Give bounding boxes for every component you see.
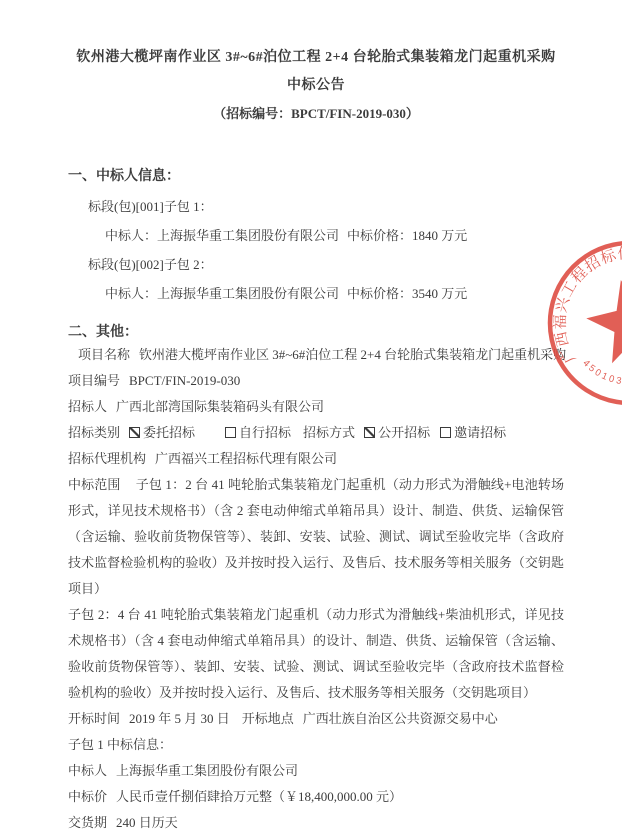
project-name-value: 钦州港大榄坪南作业区 3#~6#泊位工程 2+4 台轮胎式集装箱龙门起重机采购 bbox=[139, 347, 566, 362]
lot2-label: 标段(包)[002]子包 2： bbox=[68, 257, 564, 273]
document-title-line2: 中标公告 bbox=[68, 78, 564, 94]
category-option-entrusted-label: 委托招标 bbox=[143, 425, 195, 440]
lot1-label: 标段(包)[001]子包 1： bbox=[68, 199, 564, 215]
scope-paragraph-sub1: 中标范围子包 1：2 台 41 吨轮胎式集装箱龙门起重机（动力形式为滑触线+电池… bbox=[68, 472, 564, 602]
delivery-value: 240 日历天 bbox=[116, 815, 178, 830]
project-number-value: BPCT/FIN-2019-030 bbox=[129, 373, 240, 388]
price-label: 中标价 bbox=[68, 789, 107, 804]
delivery-label: 交货期 bbox=[68, 815, 107, 830]
lot2-winner: 中标人：上海振华重工集团股份有限公司 bbox=[105, 286, 347, 302]
document-title-line1: 钦州港大榄坪南作业区 3#~6#泊位工程 2+4 台轮胎式集装箱龙门起重机采购 bbox=[68, 50, 564, 66]
lot2-winner-name: 上海振华重工集团股份有限公司 bbox=[157, 286, 339, 301]
method-option-invited: 邀请招标 bbox=[440, 425, 506, 440]
scope-label: 中标范围 bbox=[68, 477, 121, 492]
lot2-price: 中标价格：3540 万元 bbox=[347, 286, 467, 302]
agency-line: 招标代理机构广西福兴工程招标代理有限公司 bbox=[68, 446, 564, 472]
unchecked-checkbox-icon bbox=[225, 427, 236, 438]
project-name-line: 项目名称钦州港大榄坪南作业区 3#~6#泊位工程 2+4 台轮胎式集装箱龙门起重… bbox=[68, 342, 564, 368]
method-option-invited-label: 邀请招标 bbox=[454, 425, 506, 440]
price-value: 人民币壹仟捌佰肆拾万元整（￥18,400,000.00 元） bbox=[116, 789, 402, 804]
lot1-price-label: 中标价格： bbox=[347, 228, 412, 243]
lot1-winner: 中标人：上海振华重工集团股份有限公司 bbox=[105, 228, 347, 244]
document-page: 钦州港大榄坪南作业区 3#~6#泊位工程 2+4 台轮胎式集装箱龙门起重机采购 … bbox=[0, 0, 622, 831]
project-number-line: 项目编号BPCT/FIN-2019-030 bbox=[68, 368, 564, 394]
tenderee-label: 招标人 bbox=[68, 399, 107, 414]
tenderee-line: 招标人广西北部湾国际集装箱码头有限公司 bbox=[68, 394, 564, 420]
agency-label: 招标代理机构 bbox=[68, 451, 146, 466]
lot1-winner-label: 中标人： bbox=[105, 228, 157, 243]
lot1-price: 中标价格：1840 万元 bbox=[347, 228, 467, 244]
category-option-self: 自行招标 bbox=[225, 425, 291, 440]
winner-label: 中标人 bbox=[68, 763, 107, 778]
checked-checkbox-icon bbox=[364, 427, 375, 438]
scope-sub2-text: 子包 2：4 台 41 吨轮胎式集装箱龙门起重机（动力形式为滑触线+柴油机形式，… bbox=[68, 607, 564, 700]
method-option-open-label: 公开招标 bbox=[378, 425, 430, 440]
lot2-winner-label: 中标人： bbox=[105, 286, 157, 301]
tender-category-line: 招标类别委托招标自行招标招标方式公开招标邀请招标 bbox=[68, 420, 564, 446]
opening-time-label: 开标时间 bbox=[68, 711, 120, 726]
project-number-label: 项目编号 bbox=[68, 373, 120, 388]
scope-paragraph-sub2: 子包 2：4 台 41 吨轮胎式集装箱龙门起重机（动力形式为滑触线+柴油机形式，… bbox=[68, 602, 564, 706]
price-line: 中标价人民币壹仟捌佰肆拾万元整（￥18,400,000.00 元） bbox=[68, 784, 564, 810]
lot1-winner-name: 上海振华重工集团股份有限公司 bbox=[157, 228, 339, 243]
document-body: 钦州港大榄坪南作业区 3#~6#泊位工程 2+4 台轮胎式集装箱龙门起重机采购 … bbox=[0, 0, 622, 831]
category-option-self-label: 自行招标 bbox=[239, 425, 291, 440]
agency-value: 广西福兴工程招标代理有限公司 bbox=[155, 451, 337, 466]
project-name-label: 项目名称 bbox=[78, 347, 130, 362]
tenderee-value: 广西北部湾国际集装箱码头有限公司 bbox=[116, 399, 324, 414]
opening-place-label: 开标地点 bbox=[242, 711, 294, 726]
lot1-price-value: 1840 万元 bbox=[412, 228, 467, 243]
sub1-info-heading: 子包 1 中标信息： bbox=[68, 732, 564, 758]
checked-checkbox-icon bbox=[129, 427, 140, 438]
opening-place-value: 广西壮族自治区公共资源交易中心 bbox=[303, 711, 498, 726]
lot2-price-label: 中标价格： bbox=[347, 286, 412, 301]
delivery-line: 交货期240 日历天 bbox=[68, 810, 564, 831]
category-option-entrusted: 委托招标 bbox=[129, 425, 195, 440]
winner-value: 上海振华重工集团股份有限公司 bbox=[116, 763, 298, 778]
method-option-open: 公开招标 bbox=[364, 425, 430, 440]
unchecked-checkbox-icon bbox=[440, 427, 451, 438]
tender-number-subtitle: （招标编号：BPCT/FIN-2019-030） bbox=[68, 106, 564, 122]
lot2-winner-row: 中标人：上海振华重工集团股份有限公司 中标价格：3540 万元 bbox=[68, 286, 564, 302]
section2-heading: 二、其他： bbox=[68, 324, 564, 342]
tender-category-label: 招标类别 bbox=[68, 425, 120, 440]
winner-line: 中标人上海振华重工集团股份有限公司 bbox=[68, 758, 564, 784]
tender-method-label: 招标方式 bbox=[303, 425, 355, 440]
lot2-price-value: 3540 万元 bbox=[412, 286, 467, 301]
section1-heading: 一、中标人信息： bbox=[68, 168, 564, 186]
bid-opening-line: 开标时间2019 年 5 月 30 日开标地点广西壮族自治区公共资源交易中心 bbox=[68, 706, 564, 732]
lot1-winner-row: 中标人：上海振华重工集团股份有限公司 中标价格：1840 万元 bbox=[68, 228, 564, 244]
scope-sub1-text: 子包 1：2 台 41 吨轮胎式集装箱龙门起重机（动力形式为滑触线+电池转场形式… bbox=[68, 477, 564, 596]
opening-time-value: 2019 年 5 月 30 日 bbox=[129, 711, 230, 726]
